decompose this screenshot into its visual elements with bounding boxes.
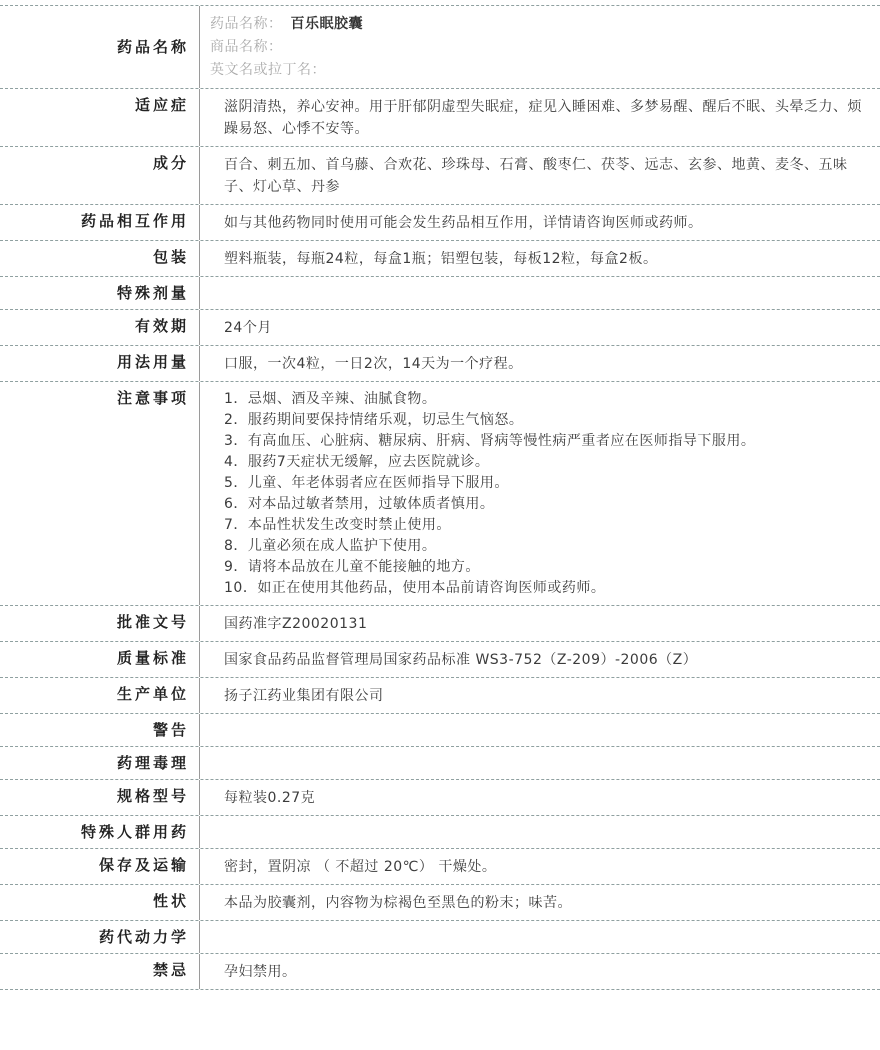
table-row: 特殊剂量 — [0, 277, 880, 310]
row-value: 1．忌烟、酒及辛辣、油腻食物。2．服药期间要保持情绪乐观，切忌生气恼怒。3．有高… — [200, 382, 880, 605]
name-field-line: 药品名称：百乐眠胶囊 — [210, 13, 868, 36]
table-row: 包装 塑料瓶装，每瓶24粒，每盒1瓶；铝塑包装，每板12粒，每盒2板。 — [0, 241, 880, 277]
table-row: 药品相互作用 如与其他药物同时使用可能会发生药品相互作用，详情请咨询医师或药师。 — [0, 205, 880, 241]
table-row: 保存及运输 密封，置阴凉 （ 不超过 20℃） 干燥处。 — [0, 849, 880, 885]
table-row: 药代动力学 — [0, 921, 880, 954]
row-label: 药品相互作用 — [0, 205, 200, 240]
field-key: 商品名称： — [210, 39, 283, 55]
drug-info-table: 药品名称 药品名称：百乐眠胶囊商品名称：英文名或拉丁名： 适应症 滋阴清热，养心… — [0, 5, 880, 990]
table-row: 药理毒理 — [0, 747, 880, 780]
table-row: 禁忌 孕妇禁用。 — [0, 954, 880, 990]
field-key: 药品名称： — [210, 16, 283, 32]
table-row: 规格型号 每粒装0.27克 — [0, 780, 880, 816]
row-value: 每粒装0.27克 — [200, 780, 880, 815]
table-row: 药品名称 药品名称：百乐眠胶囊商品名称：英文名或拉丁名： — [0, 6, 880, 89]
notice-item: 7．本品性状发生改变时禁止使用。 — [224, 515, 868, 536]
name-field-line: 英文名或拉丁名： — [210, 59, 868, 82]
row-value: 国药准字Z20020131 — [200, 606, 880, 641]
table-row: 用法用量 口服，一次4粒，一日2次，14天为一个疗程。 — [0, 346, 880, 382]
row-label: 药品名称 — [0, 6, 200, 88]
row-value — [200, 921, 880, 953]
table-row: 适应症 滋阴清热，养心安神。用于肝郁阴虚型失眠症，症见入睡困难、多梦易醒、醒后不… — [0, 89, 880, 147]
row-label: 用法用量 — [0, 346, 200, 381]
notice-item: 4．服药7天症状无缓解，应去医院就诊。 — [224, 452, 868, 473]
row-value: 24个月 — [200, 310, 880, 345]
row-value: 塑料瓶装，每瓶24粒，每盒1瓶；铝塑包装，每板12粒，每盒2板。 — [200, 241, 880, 276]
notice-item: 1．忌烟、酒及辛辣、油腻食物。 — [224, 389, 868, 410]
table-row: 注意事项 1．忌烟、酒及辛辣、油腻食物。2．服药期间要保持情绪乐观，切忌生气恼怒… — [0, 382, 880, 606]
row-value: 本品为胶囊剂，内容物为棕褐色至黑色的粉末；味苦。 — [200, 885, 880, 920]
row-label: 警告 — [0, 714, 200, 746]
row-label: 规格型号 — [0, 780, 200, 815]
row-value — [200, 747, 880, 779]
row-label: 批准文号 — [0, 606, 200, 641]
row-value — [200, 277, 880, 309]
notice-item: 2．服药期间要保持情绪乐观，切忌生气恼怒。 — [224, 410, 868, 431]
notice-item: 8．儿童必须在成人监护下使用。 — [224, 536, 868, 557]
name-field-line: 商品名称： — [210, 36, 868, 59]
row-label: 禁忌 — [0, 954, 200, 989]
table-row: 生产单位 扬子江药业集团有限公司 — [0, 678, 880, 714]
field-key: 英文名或拉丁名： — [210, 62, 326, 78]
table-row: 警告 — [0, 714, 880, 747]
table-row: 有效期 24个月 — [0, 310, 880, 346]
notice-item: 6．对本品过敏者禁用，过敏体质者慎用。 — [224, 494, 868, 515]
row-value: 口服，一次4粒，一日2次，14天为一个疗程。 — [200, 346, 880, 381]
notice-item: 9．请将本品放在儿童不能接触的地方。 — [224, 557, 868, 578]
row-value: 孕妇禁用。 — [200, 954, 880, 989]
table-row: 批准文号 国药准字Z20020131 — [0, 606, 880, 642]
row-label: 保存及运输 — [0, 849, 200, 884]
row-value: 国家食品药品监督管理局国家药品标准 WS3-752（Z-209）-2006（Z） — [200, 642, 880, 677]
row-label: 特殊人群用药 — [0, 816, 200, 848]
table-row: 质量标准 国家食品药品监督管理局国家药品标准 WS3-752（Z-209）-20… — [0, 642, 880, 678]
row-label: 有效期 — [0, 310, 200, 345]
row-label: 药理毒理 — [0, 747, 200, 779]
field-value: 百乐眠胶囊 — [291, 16, 364, 32]
row-value: 如与其他药物同时使用可能会发生药品相互作用，详情请咨询医师或药师。 — [200, 205, 880, 240]
notice-item: 10．如正在使用其他药品，使用本品前请咨询医师或药师。 — [224, 578, 868, 599]
row-value: 药品名称：百乐眠胶囊商品名称：英文名或拉丁名： — [200, 6, 880, 88]
notice-item: 3．有高血压、心脏病、糖尿病、肝病、肾病等慢性病严重者应在医师指导下服用。 — [224, 431, 868, 452]
row-label: 成分 — [0, 147, 200, 204]
row-label: 质量标准 — [0, 642, 200, 677]
row-label: 特殊剂量 — [0, 277, 200, 309]
table-row: 特殊人群用药 — [0, 816, 880, 849]
row-value: 扬子江药业集团有限公司 — [200, 678, 880, 713]
row-label: 适应症 — [0, 89, 200, 146]
row-value — [200, 714, 880, 746]
row-value — [200, 816, 880, 848]
row-label: 注意事项 — [0, 382, 200, 605]
row-label: 包装 — [0, 241, 200, 276]
table-row: 性状 本品为胶囊剂，内容物为棕褐色至黑色的粉末；味苦。 — [0, 885, 880, 921]
row-value: 密封，置阴凉 （ 不超过 20℃） 干燥处。 — [200, 849, 880, 884]
row-label: 药代动力学 — [0, 921, 200, 953]
row-value: 滋阴清热，养心安神。用于肝郁阴虚型失眠症，症见入睡困难、多梦易醒、醒后不眠、头晕… — [200, 89, 880, 146]
row-value: 百合、刺五加、首乌藤、合欢花、珍珠母、石膏、酸枣仁、茯苓、远志、玄参、地黄、麦冬… — [200, 147, 880, 204]
table-row: 成分 百合、刺五加、首乌藤、合欢花、珍珠母、石膏、酸枣仁、茯苓、远志、玄参、地黄… — [0, 147, 880, 205]
notice-item: 5．儿童、年老体弱者应在医师指导下服用。 — [224, 473, 868, 494]
row-label: 性状 — [0, 885, 200, 920]
row-label: 生产单位 — [0, 678, 200, 713]
